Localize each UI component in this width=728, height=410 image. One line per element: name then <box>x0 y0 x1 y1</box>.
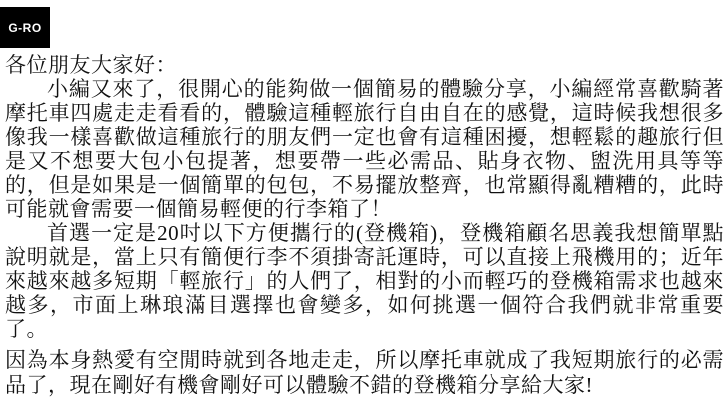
paragraph-intro: 小編又來了，很開心的能夠做一個簡易的體驗分享，小編經常喜歡騎著摩托車四處走走看看… <box>5 77 724 221</box>
paragraph-closing: 因為本身熱愛有空閒時就到各地走走，所以摩托車就成了我短期旅行的必需品了，現在剛好… <box>5 348 724 398</box>
document-page: G-RO 各位朋友大家好： 小編又來了，很開心的能夠做一個簡易的體驗分享，小編經… <box>0 0 728 410</box>
article-body: 各位朋友大家好： 小編又來了，很開心的能夠做一個簡易的體驗分享，小編經常喜歡騎著… <box>5 53 724 398</box>
paragraph-carry-on: 首選一定是20吋以下方便攜行的(登機箱)，登機箱顧名思義我想簡單點說明就是，當上… <box>5 221 724 341</box>
greeting-line: 各位朋友大家好： <box>5 53 724 77</box>
g-ro-logo: G-RO <box>0 7 50 48</box>
